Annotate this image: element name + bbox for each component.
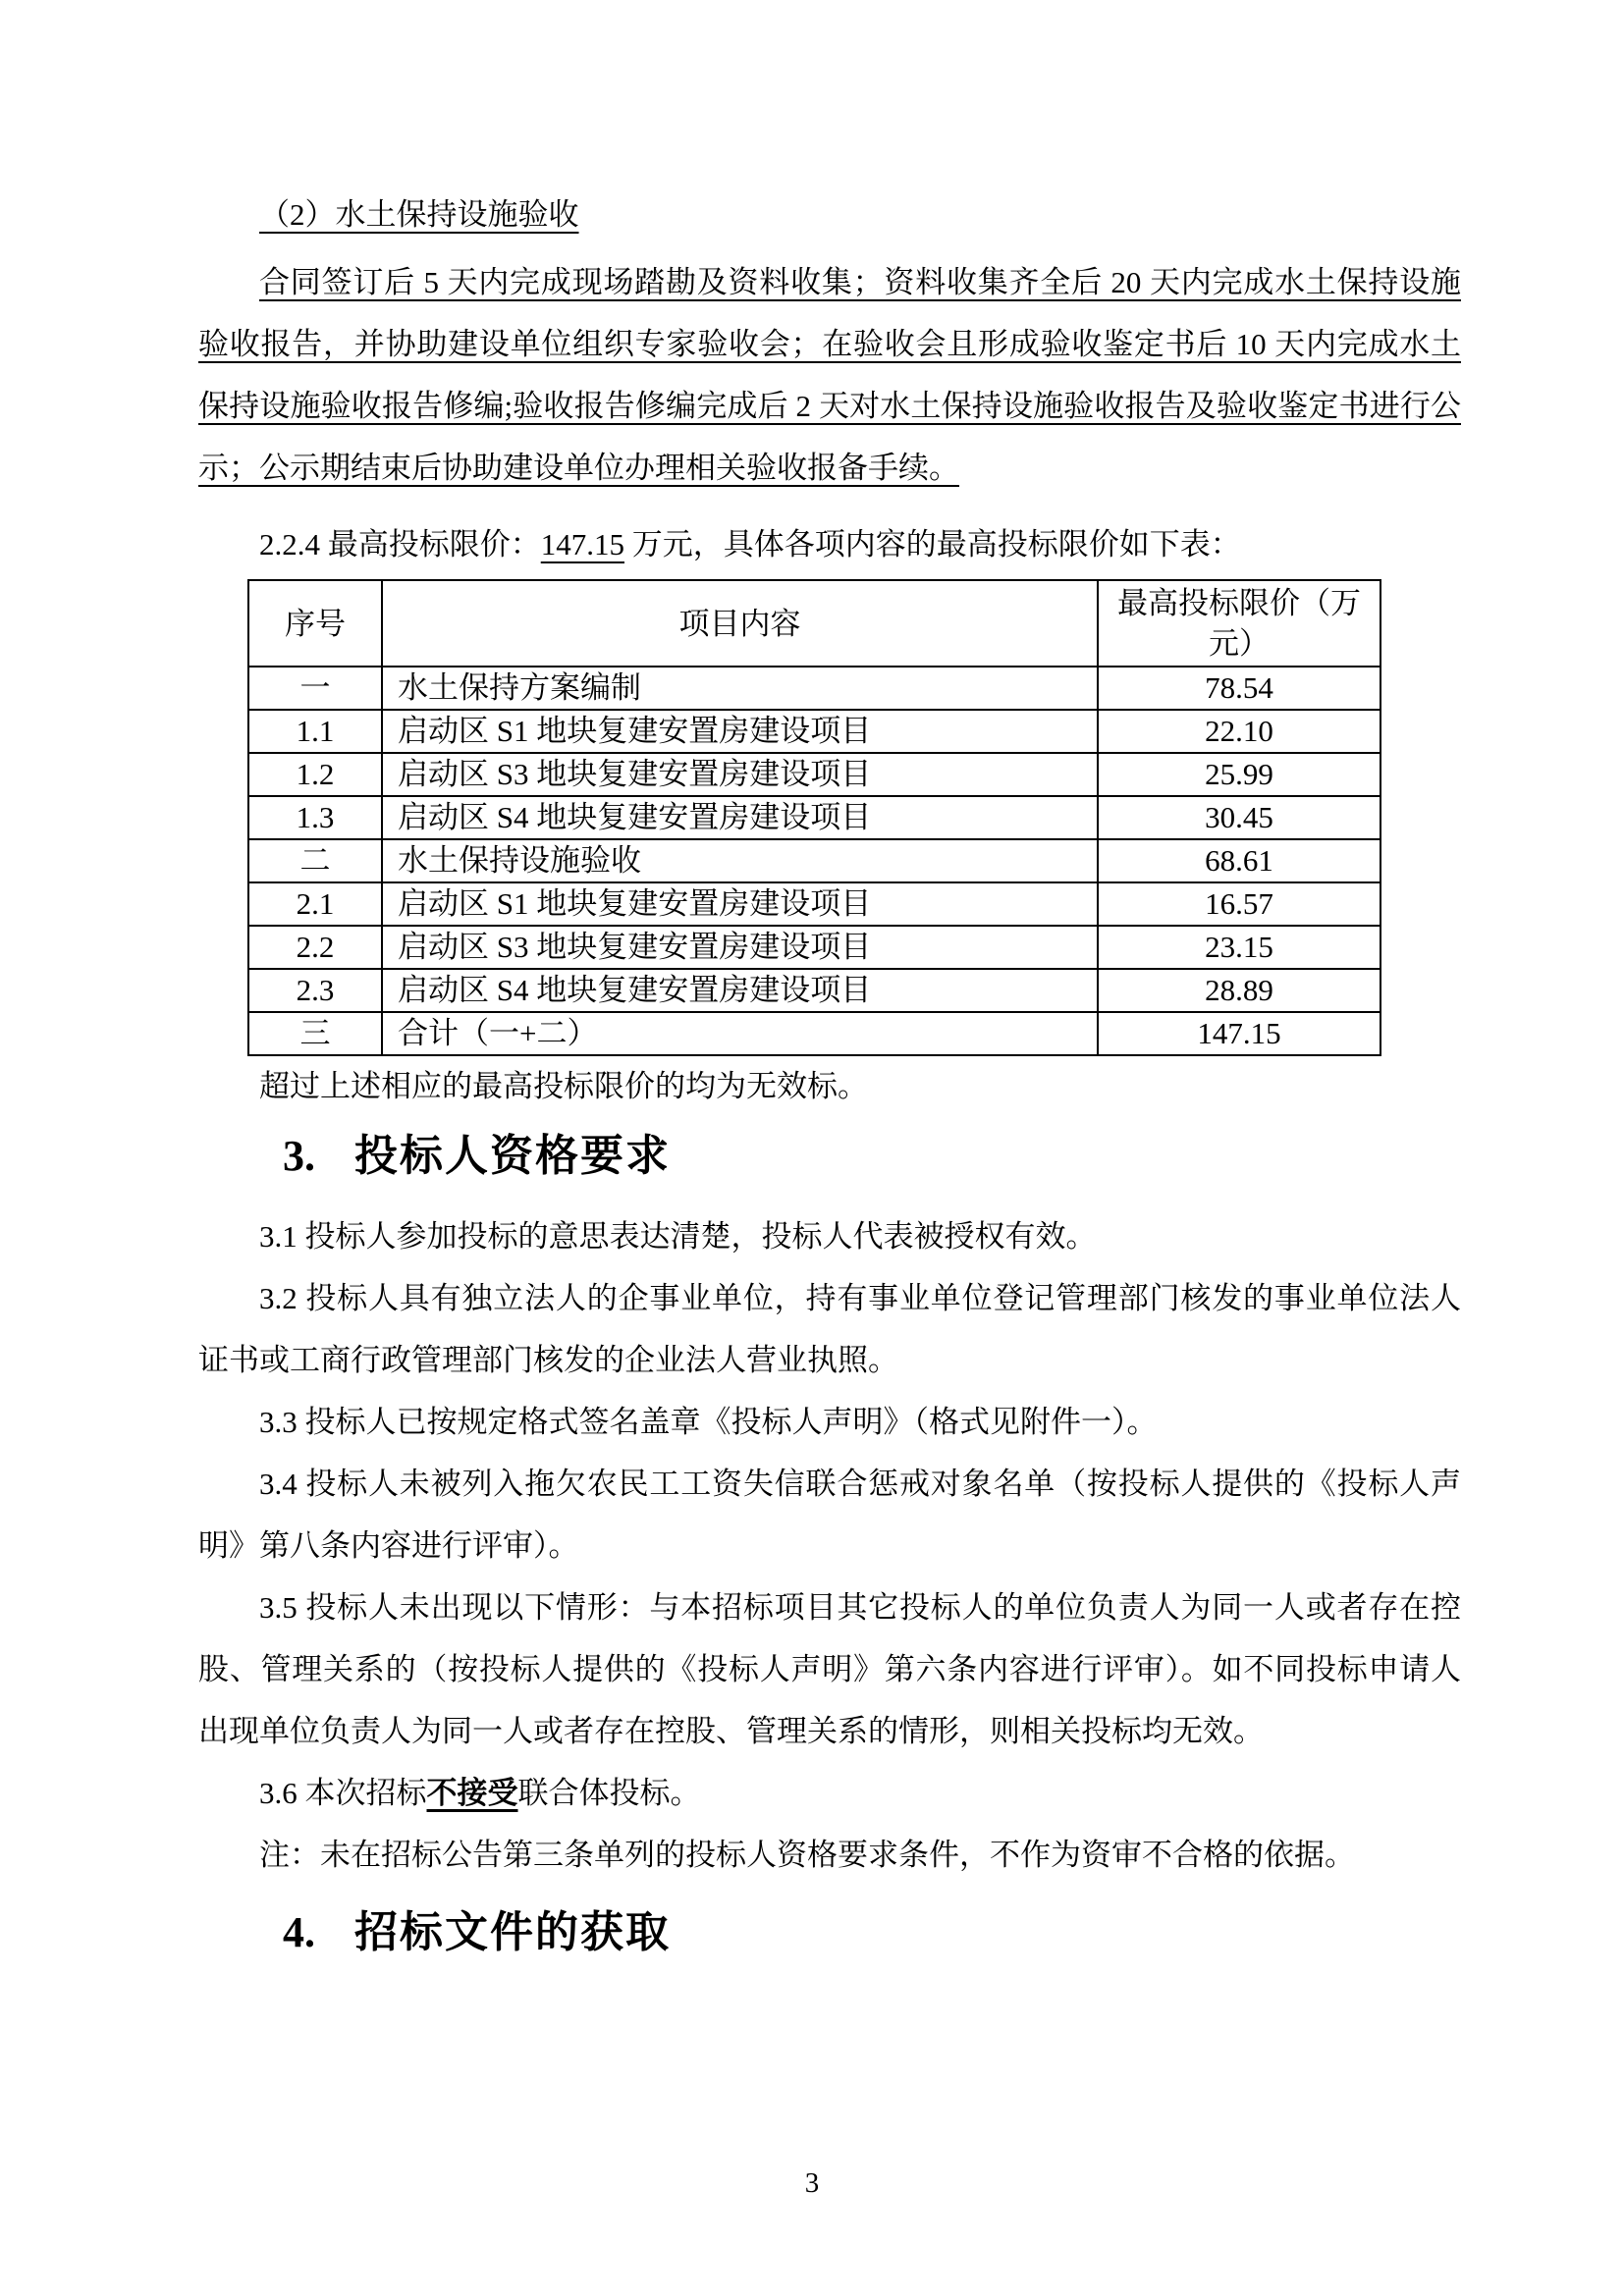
table-row: 二 水土保持设施验收 68.61	[248, 839, 1380, 882]
cell-no: 1.2	[248, 753, 382, 796]
cell-price: 25.99	[1098, 753, 1380, 796]
cell-price: 22.10	[1098, 710, 1380, 753]
sub-item-heading: （2）水土保持设施验收	[198, 192, 1461, 238]
cell-no: 2.2	[248, 926, 382, 969]
clause-3-1: 3.1 投标人参加投标的意思表达清楚，投标人代表被授权有效。	[198, 1205, 1461, 1267]
cell-item: 启动区 S1 地块复建安置房建设项目	[382, 710, 1098, 753]
note-paragraph: 注：未在招标公告第三条单列的投标人资格要求条件，不作为资审不合格的依据。	[198, 1824, 1461, 1886]
cell-item: 启动区 S3 地块复建安置房建设项目	[382, 926, 1098, 969]
cell-no: 2.1	[248, 882, 382, 926]
table-row: 2.1 启动区 S1 地块复建安置房建设项目 16.57	[248, 882, 1380, 926]
cell-item: 启动区 S1 地块复建安置房建设项目	[382, 882, 1098, 926]
clause-3-2: 3.2 投标人具有独立法人的企事业单位，持有事业单位登记管理部门核发的事业单位法…	[198, 1267, 1461, 1391]
table-row: 1.1 启动区 S1 地块复建安置房建设项目 22.10	[248, 710, 1380, 753]
section-4-heading: 4.招标文件的获取	[283, 1905, 1461, 1960]
no-consortium-emphasis: 不接受	[427, 1776, 518, 1810]
max-price-value: 147.15	[541, 527, 624, 561]
cell-item: 启动区 S3 地块复建安置房建设项目	[382, 753, 1098, 796]
section-4-number: 4.	[283, 1905, 315, 1960]
clause-2-2-4-suffix: 万元，具体各项内容的最高投标限价如下表：	[624, 527, 1241, 561]
clause-3-4: 3.4 投标人未被列入拖欠农民工工资失信联合惩戒对象名单（按投标人提供的《投标人…	[198, 1453, 1461, 1576]
table-row: 一 水土保持方案编制 78.54	[248, 667, 1380, 710]
cell-item: 合计（一+二）	[382, 1012, 1098, 1055]
clause-3-3: 3.3 投标人已按规定格式签名盖章《投标人声明》（格式见附件一）。	[198, 1391, 1461, 1453]
price-limit-table: 序号 项目内容 最高投标限价（万元） 一 水土保持方案编制 78.54 1.1 …	[247, 579, 1381, 1056]
cell-no: 三	[248, 1012, 382, 1055]
col-header-price: 最高投标限价（万元）	[1098, 580, 1380, 667]
cell-no: 二	[248, 839, 382, 882]
cell-no: 一	[248, 667, 382, 710]
section-3-title: 投标人资格要求	[354, 1129, 671, 1184]
clause-2-2-4: 2.2.4 最高投标限价：147.15 万元，具体各项内容的最高投标限价如下表：	[198, 522, 1461, 567]
cell-no: 1.1	[248, 710, 382, 753]
page-content: （2）水土保持设施验收 合同签订后 5 天内完成现场踏勘及资料收集；资料收集齐全…	[0, 0, 1624, 1960]
table-row: 2.3 启动区 S4 地块复建安置房建设项目 28.89	[248, 969, 1380, 1012]
clause-3-6-suffix: 联合体投标。	[518, 1776, 701, 1810]
scope-underlined-paragraph: 合同签订后 5 天内完成现场踏勘及资料收集；资料收集齐全后 20 天内完成水土保…	[198, 251, 1461, 499]
table-followup-note: 超过上述相应的最高投标限价的均为无效标。	[198, 1064, 1461, 1109]
cell-price: 78.54	[1098, 667, 1380, 710]
clause-3-6: 3.6 本次招标不接受联合体投标。	[198, 1762, 1461, 1824]
table-row: 1.3 启动区 S4 地块复建安置房建设项目 30.45	[248, 796, 1380, 839]
table-row: 1.2 启动区 S3 地块复建安置房建设项目 25.99	[248, 753, 1380, 796]
cell-price: 147.15	[1098, 1012, 1380, 1055]
scope-underlined-paragraph-text: 合同签订后 5 天内完成现场踏勘及资料收集；资料收集齐全后 20 天内完成水土保…	[198, 265, 1461, 485]
clause-3-6-prefix: 3.6 本次招标	[259, 1776, 427, 1810]
cell-item: 启动区 S4 地块复建安置房建设项目	[382, 796, 1098, 839]
table-row: 三 合计（一+二） 147.15	[248, 1012, 1380, 1055]
page-number: 3	[0, 2165, 1624, 2201]
cell-no: 1.3	[248, 796, 382, 839]
section-3-heading: 3.投标人资格要求	[283, 1129, 1461, 1184]
cell-no: 2.3	[248, 969, 382, 1012]
cell-price: 23.15	[1098, 926, 1380, 969]
cell-item: 水土保持设施验收	[382, 839, 1098, 882]
cell-item: 水土保持方案编制	[382, 667, 1098, 710]
section-3-number: 3.	[283, 1129, 315, 1184]
cell-price: 68.61	[1098, 839, 1380, 882]
clause-3-5: 3.5 投标人未出现以下情形：与本招标项目其它投标人的单位负责人为同一人或者存在…	[198, 1576, 1461, 1762]
section-4-title: 招标文件的获取	[354, 1905, 671, 1960]
document-page: （2）水土保持设施验收 合同签订后 5 天内完成现场踏勘及资料收集；资料收集齐全…	[0, 0, 1624, 2296]
clause-2-2-4-prefix: 2.2.4 最高投标限价：	[259, 527, 541, 561]
cell-price: 16.57	[1098, 882, 1380, 926]
cell-price: 28.89	[1098, 969, 1380, 1012]
col-header-no: 序号	[248, 580, 382, 667]
cell-item: 启动区 S4 地块复建安置房建设项目	[382, 969, 1098, 1012]
table-header-row: 序号 项目内容 最高投标限价（万元）	[248, 580, 1380, 667]
cell-price: 30.45	[1098, 796, 1380, 839]
sub-item-heading-text: （2）水土保持设施验收	[259, 197, 579, 232]
col-header-item: 项目内容	[382, 580, 1098, 667]
table-row: 2.2 启动区 S3 地块复建安置房建设项目 23.15	[248, 926, 1380, 969]
